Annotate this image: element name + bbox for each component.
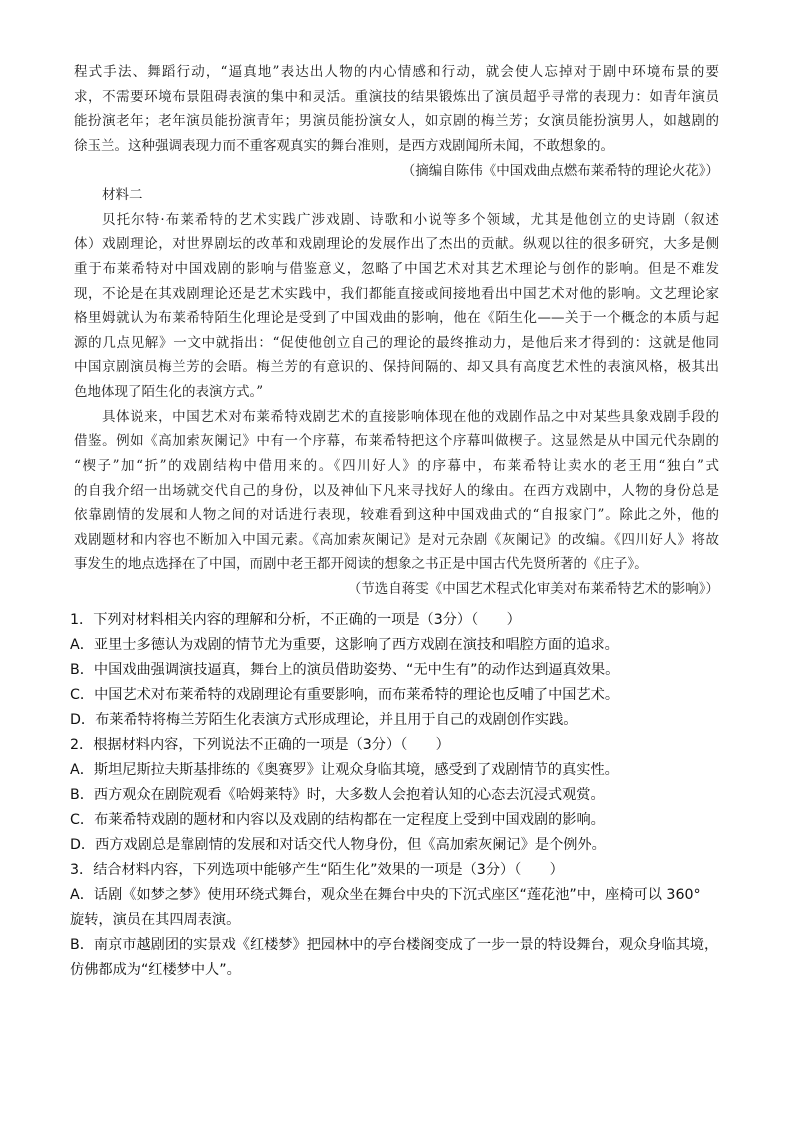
passage-line: 重于布莱希特对中国戏剧的影响与借鉴意义，忽略了中国艺术对其艺术理论与创作的影响。… — [74, 258, 719, 280]
passage-line: 求，不需要环境布景阻碍表演的集中和灵活。重演技的结果锻炼出了演员超乎寻常的表现力… — [74, 86, 719, 108]
question-stem: 3．结合材料内容，下列选项中能够产生“陌生化”效果的一项是（3分）（ ） — [70, 859, 564, 881]
passage-line: 依靠剧情的发展和人物之间的对话进行表现，较难看到这种中国戏曲式的“自报家门”。除… — [74, 504, 719, 526]
answer-option: A．亚里士多德认为戏剧的情节尤为重要，这影响了西方戏剧在演技和唱腔方面的追求。 — [70, 634, 619, 656]
answer-option: B．西方观众在剧院观看《哈姆莱特》时，大多数人会抱着认知的心态去沉浸式观赏。 — [70, 784, 605, 806]
passage-line: 程式手法、舞蹈行动，“逼真地”表达出人物的内心情感和行动，就会使人忘掉对于剧中环… — [74, 61, 719, 83]
answer-option: B．南京市越剧团的实景戏《红楼梦》把园林中的亭台楼阁变成了一步一景的特设舞台，观… — [70, 934, 718, 956]
answer-option-continuation: 旋转，演员在其四周表演。 — [70, 909, 240, 931]
passage-line: 借鉴。例如《高加索灰阑记》中有一个序幕，布莱希特把这个序幕叫做楔子。这显然是从中… — [74, 430, 719, 452]
question-stem: 2．根据材料内容，下列说法不正确的一项是（3分）（ ） — [70, 734, 450, 756]
passage-line: 徐玉兰。这种强调表现力而不重客观真实的舞台准则，是西方戏剧闻所未闻，不敢想象的。 — [74, 135, 719, 157]
answer-option: C．布莱希特戏剧的题材和内容以及戏剧的结构都在一定程度上受到中国戏剧的影响。 — [70, 809, 605, 831]
answer-option: A．斯坦尼斯拉夫斯基排练的《奥赛罗》让观众身临其境，感受到了戏剧情节的真实性。 — [70, 759, 619, 781]
passage-line: 现，不论是在其戏剧理论还是艺术实践中，我们都能直接或间接地看出中国艺术对他的影响… — [74, 283, 719, 305]
document-page: 程式手法、舞蹈行动，“逼真地”表达出人物的内心情感和行动，就会使人忘掉对于剧中环… — [0, 0, 794, 1123]
passage-line: 源的几点见解》一文中就指出：“促使他创立自己的理论的最终推动力，是他后来才得到的… — [74, 332, 719, 354]
passage-line: 的自我介绍一出场就交代自己的身份，以及神仙下凡来寻找好人的缘由。在西方戏剧中，人… — [74, 480, 719, 502]
answer-option: D．西方戏剧总是靠剧情的发展和对话交代人物身份，但《高加索灰阑记》是个例外。 — [70, 834, 606, 856]
question-stem: 1．下列对材料相关内容的理解和分析，不正确的一项是（3分）（ ） — [70, 609, 521, 631]
passage-line: 体）戏剧理论，对世界剧坛的改革和戏剧理论的发展作出了杰出的贡献。纵观以往的很多研… — [74, 233, 719, 255]
answer-option: A．话剧《如梦之梦》使用环绕式舞台，观众坐在舞台中央的下沉式座区“莲花池”中，座… — [70, 884, 701, 906]
passage-line: 色地体现了陌生化的表演方式。” — [74, 381, 719, 403]
passage-line: 贝托尔特·布莱希特的艺术实践广涉戏剧、诗歌和小说等多个领域，尤其是他创立的史诗剧… — [102, 209, 719, 231]
passage-line: 事发生的地点选择在了中国，而剧中老王都开阅读的想象之书正是中国古代先贤所著的《庄… — [74, 553, 719, 575]
passage-line: “楔子”加“折”的戏剧结构中借用来的。《四川好人》的序幕中，布莱希特让卖水的老王… — [74, 455, 719, 477]
answer-option: D．布莱希特将梅兰芳陌生化表演方式形成理论，并且用于自己的戏剧创作实践。 — [70, 709, 578, 731]
answer-option: C．中国艺术对布莱希特的戏剧理论有重要影响，而布莱希特的理论也反哺了中国艺术。 — [70, 684, 619, 706]
answer-option-continuation: 仿佛都成为“红楼梦中人”。 — [70, 959, 241, 981]
passage-line: 具体说来，中国艺术对布莱希特戏剧艺术的直接影响体现在他的戏剧作品之中对某些具象戏… — [102, 406, 719, 428]
passage-line: 格里姆就认为布莱希特陌生化理论是受到了中国戏曲的影响，他在《陌生化——关于一个概… — [74, 307, 719, 329]
material-heading: 材料二 — [102, 184, 202, 206]
passage-line: 能扮演老年；老年演员能扮演青年；男演员能扮演女人，如京剧的梅兰芳；女演员能扮演男… — [74, 110, 719, 132]
source-citation: （节选自蒋雯《中国艺术程式化审美对布莱希特艺术的影响》） — [74, 578, 719, 600]
passage-line: 中国京剧演员梅兰芳的会晤。梅兰芳的有意识的、保持间隔的、却又具有高度艺术性的表演… — [74, 356, 719, 378]
passage-line: 戏剧题材和内容也不断加入中国元素。《高加索灰阑记》是对元杂剧《灰阑记》的改编。《… — [74, 529, 719, 551]
source-citation: （摘编自陈伟《中国戏曲点燃布莱希特的理论火花》） — [74, 160, 719, 182]
answer-option: B．中国戏曲强调演技逼真，舞台上的演员借助姿势、“无中生有”的动作达到逼真效果。 — [70, 659, 619, 681]
